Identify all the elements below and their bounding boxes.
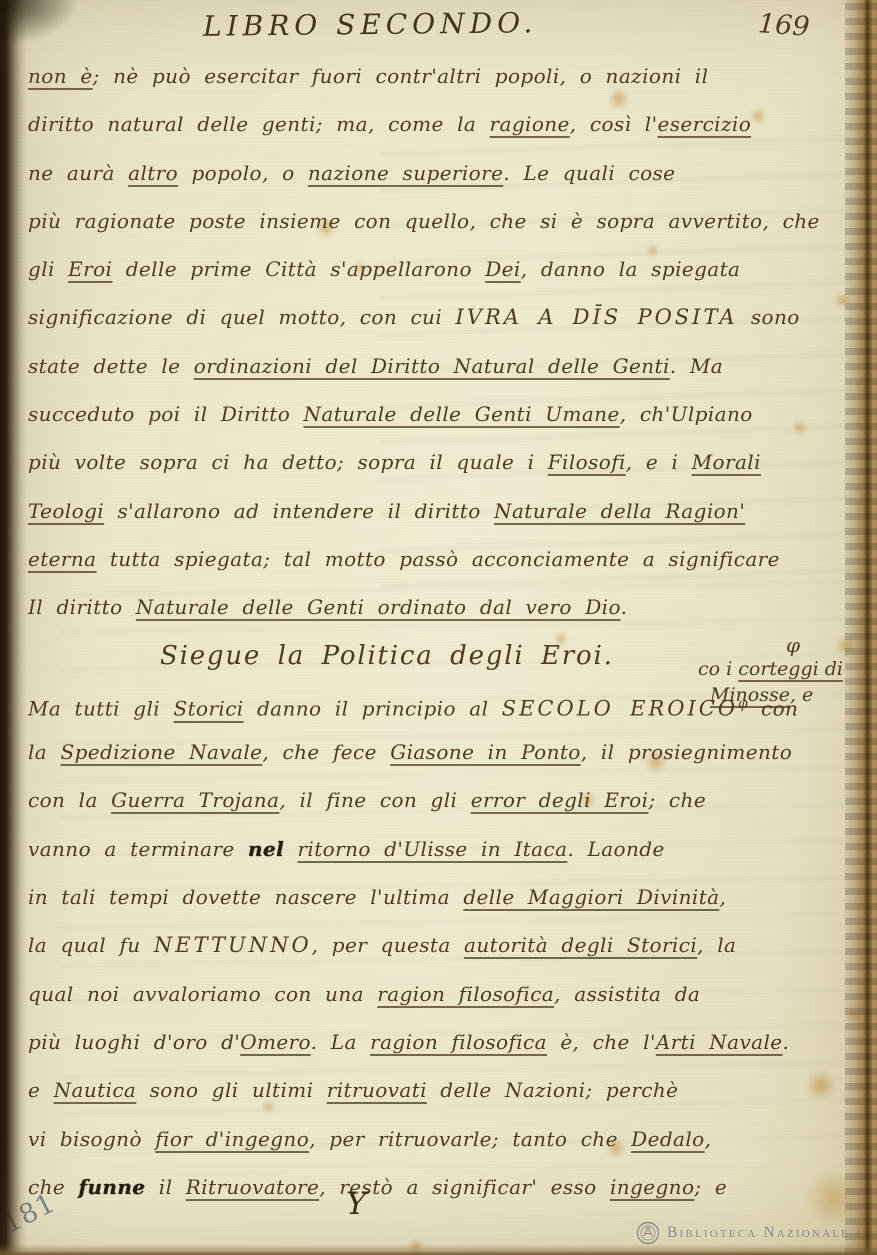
- text-segment: ; nè può esercitar fuori contr'altri pop…: [93, 64, 709, 88]
- foxing-spot: [834, 292, 851, 309]
- text-segment: Spedizione Navale: [60, 740, 262, 764]
- text-segment: vanno a terminare: [28, 837, 248, 861]
- manuscript-line: significazione di quel motto, con cui IV…: [28, 293, 768, 341]
- text-segment: e: [28, 1078, 54, 1102]
- text-segment: Storici: [173, 697, 243, 721]
- foxing-spot: [792, 420, 807, 435]
- text-segment: ragion filosofica: [370, 1030, 547, 1054]
- manuscript-line: in tali tempi dovette nascere l'ultima d…: [28, 873, 768, 921]
- text-segment: . Laonde: [567, 837, 664, 861]
- library-logo-icon: [636, 1221, 660, 1245]
- text-segment: succeduto poi il Diritto: [28, 402, 304, 426]
- text-segment: più volte sopra ci ha detto; sopra il qu…: [28, 450, 548, 474]
- text-segment: più ragionate poste insieme con quello, …: [28, 209, 820, 233]
- text-segment: , e: [790, 684, 813, 706]
- page-title: LIBRO SECONDO.: [203, 6, 538, 42]
- page-number: 169: [757, 8, 811, 43]
- text-segment: esercizio: [657, 112, 751, 136]
- text-segment: nel: [248, 837, 284, 861]
- text-segment: , ch'Ulpiano: [620, 402, 753, 426]
- manuscript-line: non è; nè può esercitar fuori contr'altr…: [28, 52, 768, 100]
- text-segment: Morali: [692, 450, 761, 474]
- binding-corner-shadow: [0, 0, 80, 46]
- text-segment: ,: [705, 1127, 712, 1151]
- text-segment: popolo, o: [178, 161, 308, 185]
- text-segment: in tali tempi dovette nascere l'ultima: [28, 885, 463, 909]
- manuscript-line: gli Eroi delle prime Città s'appellarono…: [28, 245, 768, 293]
- insertion-mark-phi: φ: [698, 634, 866, 656]
- text-segment: Giasone in Ponto: [390, 740, 581, 764]
- text-segment: la qual fu: [28, 933, 154, 957]
- text-segment: gli: [28, 257, 68, 281]
- foxing-spot: [804, 1168, 864, 1228]
- text-segment: IVRA A DĪS POSITA: [456, 305, 738, 329]
- text-segment: . Le quali cose: [503, 161, 675, 185]
- margin-note: φ co i corteggi diMinosse, e: [698, 634, 866, 708]
- manuscript-line: diritto natural delle genti; ma, come la…: [28, 100, 768, 148]
- text-segment: delle prime Città s'appellarono: [112, 257, 485, 281]
- text-segment: . Ma: [670, 354, 723, 378]
- text-segment: , il prosiegnimento: [581, 740, 792, 764]
- text-segment: . La: [311, 1030, 370, 1054]
- catchword: Y: [346, 1186, 366, 1222]
- text-segment: ritruovati: [327, 1078, 427, 1102]
- text-segment: diritto natural delle genti; ma, come la: [28, 112, 490, 136]
- text-segment: [284, 837, 297, 861]
- text-segment: ; e: [694, 1175, 727, 1199]
- text-segment: delle Maggiori Divinità: [463, 885, 719, 909]
- text-segment: corteggi di: [738, 658, 843, 680]
- manuscript-line: che funne il Ritruovatore, restò a signi…: [28, 1163, 768, 1211]
- text-segment: sono: [738, 305, 800, 329]
- text-segment: Omero: [240, 1030, 310, 1054]
- text-segment: state dette le: [28, 354, 194, 378]
- text-segment: error degli Eroi: [471, 788, 649, 812]
- text-segment: co i: [698, 658, 738, 680]
- section-heading: Siegue la Politica degli Eroi.: [28, 632, 768, 680]
- watermark-label: Biblioteca Nazionale di Napoli: [667, 1224, 877, 1242]
- foxing-spot: [846, 1006, 864, 1024]
- text-segment: Minosse: [710, 684, 790, 706]
- text-segment: vi bisognò: [28, 1127, 155, 1151]
- text-segment: , la: [697, 933, 736, 957]
- text-segment: Eroi: [68, 257, 112, 281]
- text-segment: sono gli ultimi: [136, 1078, 327, 1102]
- text-segment: danno il principio al: [244, 697, 502, 721]
- text-segment: , danno la spiegata: [521, 257, 741, 281]
- manuscript-line: e Nautica sono gli ultimi ritruovati del…: [28, 1066, 768, 1114]
- text-segment: NETTUNNO: [154, 933, 312, 957]
- text-segment: , che fece: [262, 740, 390, 764]
- text-segment: Arti Navale: [656, 1030, 783, 1054]
- manuscript-line: vanno a terminare nel ritorno d'Ulisse i…: [28, 825, 768, 873]
- text-segment: con la: [28, 788, 111, 812]
- manuscript-line: più ragionate poste insieme con quello, …: [28, 197, 768, 245]
- text-segment: , assistita da: [554, 982, 700, 1006]
- text-segment: la: [28, 740, 60, 764]
- text-segment: autorità degli Storici: [464, 933, 697, 957]
- text-segment: , e i: [626, 450, 692, 474]
- text-segment: nazione superiore: [308, 161, 503, 185]
- page-bottom-edge: [0, 1244, 877, 1255]
- text-segment: Naturale delle Genti Umane: [304, 402, 620, 426]
- text-segment: ingegno: [610, 1175, 694, 1199]
- text-segment: .: [621, 595, 628, 619]
- manuscript-line: eterna tutta spiegata; tal motto passò a…: [28, 535, 768, 583]
- manuscript-line: Ma tutti gli Storici danno il principio …: [28, 680, 768, 728]
- text-segment: più luoghi d'oro d': [28, 1030, 240, 1054]
- text-segment: ne aurà: [28, 161, 128, 185]
- text-segment: ,: [719, 885, 726, 909]
- manuscript-line: la Spedizione Navale, che fece Giasone i…: [28, 728, 768, 776]
- text-segment: Guerra Trojana: [111, 788, 279, 812]
- manuscript-page: LIBRO SECONDO. 169 non è; nè può esercit…: [0, 0, 877, 1255]
- manuscript-line: la qual fu NETTUNNO, per questa autorità…: [28, 921, 768, 969]
- margin-note-lines: co i corteggi diMinosse, e: [698, 656, 866, 708]
- text-segment: , per ritruovarle; tanto che: [309, 1127, 631, 1151]
- text-segment: ritorno d'Ulisse in Itaca: [297, 837, 567, 861]
- text-segment: , per questa: [312, 933, 464, 957]
- text-segment: significazione di quel motto, con cui: [28, 305, 456, 329]
- manuscript-line: ne aurà altro popolo, o nazione superior…: [28, 149, 768, 197]
- library-watermark: Biblioteca Nazionale di Napoli: [636, 1221, 877, 1245]
- text-segment: ragione: [490, 112, 570, 136]
- text-segment: , così l': [570, 112, 658, 136]
- text-segment: Dei: [485, 257, 520, 281]
- manuscript-line: Teologi s'allarono ad intendere il dirit…: [28, 487, 768, 535]
- text-segment: Filosofi: [548, 450, 626, 474]
- text-segment: il: [145, 1175, 185, 1199]
- manuscript-line: succeduto poi il Diritto Naturale delle …: [28, 390, 768, 438]
- margin-note-line: co i corteggi di: [698, 656, 866, 682]
- text-segment: Il diritto: [28, 595, 136, 619]
- text-segment: Naturale della Ragion': [494, 499, 745, 523]
- text-segment: , il fine con gli: [279, 788, 470, 812]
- manuscript-lines: non è; nè può esercitar fuori contr'altr…: [28, 52, 768, 1211]
- text-segment: Dedalo: [631, 1127, 704, 1151]
- text-segment: ; che: [648, 788, 706, 812]
- text-segment: fior d'ingegno: [155, 1127, 309, 1151]
- text-segment: Ma tutti gli: [28, 697, 173, 721]
- foxing-spot: [806, 1070, 836, 1100]
- manuscript-line: con la Guerra Trojana, il fine con gli e…: [28, 776, 768, 824]
- text-segment: funne: [78, 1175, 145, 1199]
- text-segment: Nautica: [54, 1078, 137, 1102]
- text-segment: s'allarono ad intendere il diritto: [104, 499, 494, 523]
- text-segment: tutta spiegata; tal motto passò acconcia…: [96, 547, 779, 571]
- manuscript-line: state dette le ordinazioni del Diritto N…: [28, 342, 768, 390]
- text-segment: Siegue la Politica degli Eroi.: [160, 641, 614, 671]
- text-segment: qual noi avvaloriamo con una: [28, 982, 377, 1006]
- text-segment: non è: [28, 64, 93, 88]
- foxing-spot: [408, 1238, 424, 1254]
- text-segment: è, che l': [547, 1030, 656, 1054]
- text-segment: ordinazioni del Diritto Natural delle Ge…: [194, 354, 670, 378]
- page-stack-edge-right: [845, 0, 877, 1255]
- text-segment: altro: [128, 161, 178, 185]
- text-segment: Ritruovatore: [186, 1175, 319, 1199]
- text-segment: .: [783, 1030, 790, 1054]
- text-segment: eterna: [28, 547, 96, 571]
- margin-note-line: Minosse, e: [698, 682, 866, 708]
- manuscript-line: vi bisognò fior d'ingegno, per ritruovar…: [28, 1115, 768, 1163]
- manuscript-line: qual noi avvaloriamo con una ragion filo…: [28, 970, 768, 1018]
- binding-edge-left: [0, 0, 27, 1255]
- text-segment: Naturale delle Genti ordinato dal vero D…: [136, 595, 621, 619]
- text-segment: Teologi: [28, 499, 104, 523]
- manuscript-line: Il diritto Naturale delle Genti ordinato…: [28, 583, 768, 631]
- text-segment: delle Nazioni; perchè: [427, 1078, 678, 1102]
- manuscript-line: più luoghi d'oro d'Omero. La ragion filo…: [28, 1018, 768, 1066]
- manuscript-line: più volte sopra ci ha detto; sopra il qu…: [28, 438, 768, 486]
- text-segment: ragion filosofica: [377, 982, 554, 1006]
